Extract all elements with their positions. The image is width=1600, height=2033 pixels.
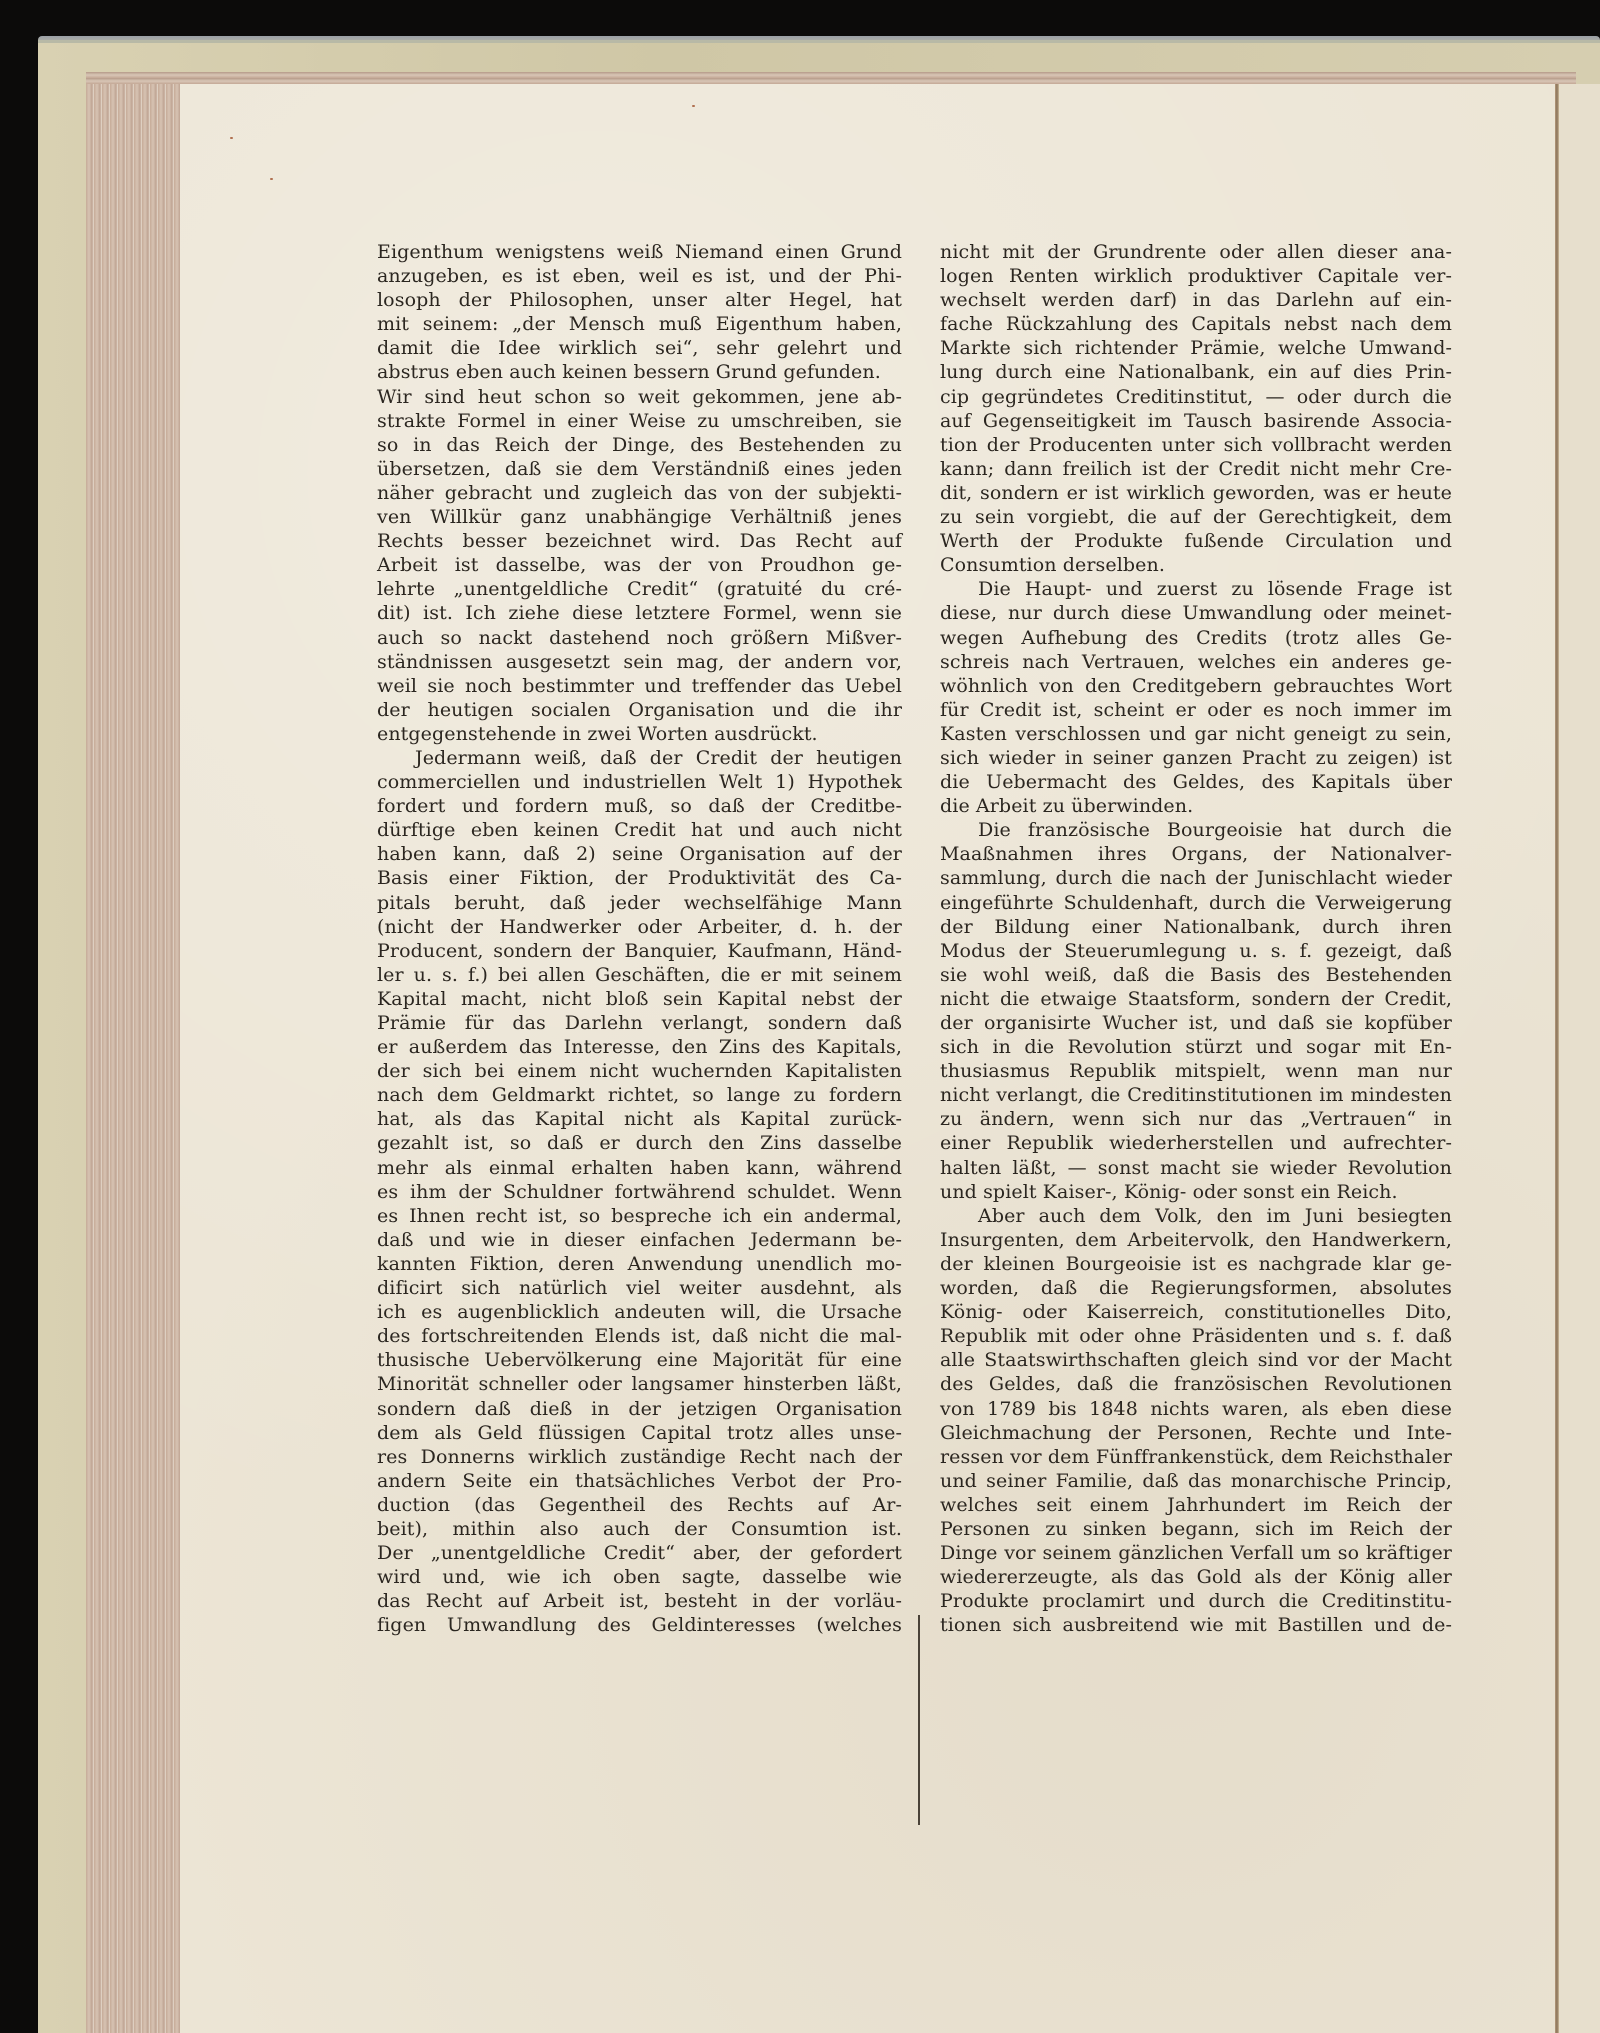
text-line: pitals beruht, daß jeder wechselfähige M… (377, 891, 902, 915)
text-line: Maaßnahmen ihres Organs, der Nationalver… (940, 842, 1452, 866)
text-line: das Recht auf Arbeit ist, besteht in der… (377, 1589, 902, 1613)
text-line: diese, nur durch diese Umwandlung oder m… (940, 601, 1452, 625)
text-line: fordert und fordern muß, so daß der Cred… (377, 794, 902, 818)
text-line: Basis einer Fiktion, der Produktivität d… (377, 866, 902, 890)
text-line: Kasten verschlossen und gar nicht geneig… (940, 722, 1452, 746)
text-line: Rechts besser bezeichnet wird. Das Recht… (377, 529, 902, 553)
text-line: nicht mit der Grundrente oder allen dies… (940, 240, 1452, 264)
text-line: ressen vor dem Fünffrankenstück, dem Rei… (940, 1445, 1452, 1469)
text-line: strakte Formel in einer Weise zu umschre… (377, 409, 902, 433)
text-line: Consumtion derselben. (940, 553, 1452, 577)
text-line: nicht die etwaige Staatsform, sondern de… (940, 987, 1452, 1011)
text-line: näher gebracht und zugleich das von der … (377, 481, 902, 505)
text-line: commerciellen und industriellen Welt 1) … (377, 770, 902, 794)
paper-speck (230, 137, 233, 139)
text-line: Arbeit ist dasselbe, was der von Proudho… (377, 553, 902, 577)
text-line: dürftige eben keinen Credit hat und auch… (377, 818, 902, 842)
text-line: ler u. s. f.) bei allen Geschäften, die … (377, 963, 902, 987)
text-line: wird und, wie ich oben sagte, dasselbe w… (377, 1565, 902, 1589)
text-line: Aber auch dem Volk, den im Juni besiegte… (940, 1204, 1452, 1228)
text-line: die Arbeit zu überwinden. (940, 794, 1452, 818)
text-line: fache Rückzahlung des Capitals nebst nac… (940, 312, 1452, 336)
text-line: des Geldes, daß die französischen Revolu… (940, 1372, 1452, 1396)
text-line: worden, daß die Regierungsformen, absolu… (940, 1276, 1452, 1300)
text-line: logen Renten wirklich produktiver Capita… (940, 264, 1452, 288)
text-line: Wir sind heut schon so weit gekommen, je… (377, 385, 902, 409)
text-line: andern Seite ein thatsächliches Verbot d… (377, 1469, 902, 1493)
text-line: cip gegründetes Creditinstitut, — oder d… (940, 385, 1452, 409)
text-line: kann; dann freilich ist der Credit nicht… (940, 457, 1452, 481)
text-line: wegen Aufhebung des Credits (trotz alles… (940, 626, 1452, 650)
column-divider-rule (918, 1615, 920, 1825)
text-line: duction (das Gegentheil des Rechts auf A… (377, 1493, 902, 1517)
paper-speck (270, 178, 273, 180)
text-line: haben kann, daß 2) seine Organisation au… (377, 842, 902, 866)
text-line: damit die Idee wirklich sei“, sehr geleh… (377, 336, 902, 360)
text-line: (nicht der Handwerker oder Arbeiter, d. … (377, 915, 902, 939)
text-line: die Uebermacht des Geldes, des Kapitals … (940, 770, 1452, 794)
text-line: nach dem Geldmarkt richtet, so lange zu … (377, 1083, 902, 1107)
text-line: Markte sich richtender Prämie, welche Um… (940, 336, 1452, 360)
text-column-right: nicht mit der Grundrente oder allen dies… (940, 240, 1452, 1637)
text-line: übersetzen, daß sie dem Verständniß eine… (377, 457, 902, 481)
text-line: nicht verlangt, die Creditinstitutionen … (940, 1083, 1452, 1107)
text-line: der organisirte Wucher ist, und daß sie … (940, 1011, 1452, 1035)
text-line: losoph der Philosophen, unser alter Hege… (377, 288, 902, 312)
text-line: sammlung, durch die nach der Junischlach… (940, 866, 1452, 890)
text-line: anzugeben, es ist eben, weil es ist, und… (377, 264, 902, 288)
text-line: so in das Reich der Dinge, des Bestehend… (377, 433, 902, 457)
text-line: gezahlt ist, so daß er durch den Zins da… (377, 1131, 902, 1155)
text-line: zu sein vorgiebt, die auf der Gerechtigk… (940, 505, 1452, 529)
text-line: der kleinen Bourgeoisie ist es nachgrade… (940, 1252, 1452, 1276)
text-line: sich in die Revolution stürzt und sogar … (940, 1035, 1452, 1059)
text-line: Die französische Bourgeoisie hat durch d… (940, 818, 1452, 842)
text-line: beit), mithin also auch der Consumtion i… (377, 1517, 902, 1541)
text-line: Kapital macht, nicht bloß sein Kapital n… (377, 987, 902, 1011)
text-line: tionen sich ausbreitend wie mit Bastille… (940, 1613, 1452, 1637)
text-line: welches seit einem Jahrhundert im Reich … (940, 1493, 1452, 1517)
text-line: abstrus eben auch keinen bessern Grund g… (377, 360, 902, 384)
text-line: auch so nackt dastehend noch größern Miß… (377, 626, 902, 650)
text-line: mehr als einmal erhalten haben kann, wäh… (377, 1156, 902, 1180)
text-line: schreis nach Vertrauen, welches ein ande… (940, 650, 1452, 674)
text-line: Werth der Produkte fußende Circulation u… (940, 529, 1452, 553)
text-line: er außerdem das Interesse, den Zins des … (377, 1035, 902, 1059)
text-line: lung durch eine Nationalbank, ein auf di… (940, 360, 1452, 384)
text-line: und spielt Kaiser-, König- oder sonst ei… (940, 1180, 1452, 1204)
text-line: thusische Uebervölkerung eine Majorität … (377, 1348, 902, 1372)
text-line: Jedermann weiß, daß der Credit der heuti… (377, 746, 902, 770)
text-line: einer Republik wiederherstellen und aufr… (940, 1131, 1452, 1155)
text-line: und seiner Familie, daß das monarchische… (940, 1469, 1452, 1493)
page-stack-top-edge (86, 72, 1576, 84)
text-line: Eigenthum wenigstens weiß Niemand einen … (377, 240, 902, 264)
text-line: halten läßt, — sonst macht sie wieder Re… (940, 1156, 1452, 1180)
text-line: kannten Fiktion, deren Anwendung unendli… (377, 1252, 902, 1276)
text-line: wiedererzeugte, als das Gold als der Kön… (940, 1565, 1452, 1589)
text-line: von 1789 bis 1848 nichts waren, als eben… (940, 1397, 1452, 1421)
text-line: hat, als das Kapital nicht als Kapital z… (377, 1107, 902, 1131)
text-line: lehrte „unentgeldliche Credit“ (gratuité… (377, 577, 902, 601)
text-line: König- oder Kaiserreich, constitutionell… (940, 1300, 1452, 1324)
text-line: figen Umwandlung des Geldinteresses (wel… (377, 1613, 902, 1637)
text-line: für Credit ist, scheint er oder es noch … (940, 698, 1452, 722)
text-line: zu ändern, wenn sich nur das „Vertrauen“… (940, 1107, 1452, 1131)
text-line: dificirt sich natürlich viel weiter ausd… (377, 1276, 902, 1300)
text-line: Dinge vor seinem gänzlichen Verfall um s… (940, 1541, 1452, 1565)
text-line: Modus der Steuerumlegung u. s. f. gezeig… (940, 939, 1452, 963)
text-line: auf Gegenseitigkeit im Tausch basirende … (940, 409, 1452, 433)
text-line: der Bildung einer Nationalbank, durch ih… (940, 915, 1452, 939)
text-line: es Ihnen recht ist, so bespreche ich ein… (377, 1204, 902, 1228)
text-line: ständnissen ausgesetzt sein mag, der and… (377, 650, 902, 674)
text-line: wechselt werden darf) in das Darlehn auf… (940, 288, 1452, 312)
text-line: sich wieder in seiner ganzen Pracht zu z… (940, 746, 1452, 770)
text-line: es ihm der Schuldner fortwährend schulde… (377, 1180, 902, 1204)
text-line: des fortschreitenden Elends ist, daß nic… (377, 1324, 902, 1348)
text-line: dit, sondern er ist wirklich geworden, w… (940, 481, 1452, 505)
text-line: Produkte proclamirt und durch die Credit… (940, 1589, 1452, 1613)
text-line: weil sie noch bestimmter und treffender … (377, 674, 902, 698)
text-line: Prämie für das Darlehn verlangt, sondern… (377, 1011, 902, 1035)
text-line: Producent, sondern der Banquier, Kaufman… (377, 939, 902, 963)
text-line: alle Staatswirthschaften gleich sind vor… (940, 1348, 1452, 1372)
facing-page-edge (1559, 84, 1600, 2033)
text-line: entgegenstehende in zwei Worten ausdrück… (377, 722, 902, 746)
text-line: tion der Producenten unter sich vollbrac… (940, 433, 1452, 457)
text-line: der heutigen socialen Organisation und d… (377, 698, 902, 722)
text-line: dem als Geld flüssigen Capital trotz all… (377, 1421, 902, 1445)
text-line: sie wohl weiß, daß die Basis des Bestehe… (940, 963, 1452, 987)
text-line: dit) ist. Ich ziehe diese letztere Forme… (377, 601, 902, 625)
text-line: thusiasmus Republik mitspielt, wenn man … (940, 1059, 1452, 1083)
paper-speck (692, 105, 695, 107)
text-line: der sich bei einem nicht wuchernden Kapi… (377, 1059, 902, 1083)
text-line: ich es augenblicklich andeuten will, die… (377, 1300, 902, 1324)
text-line: wöhnlich von den Creditgebern gebrauchte… (940, 674, 1452, 698)
text-line: Personen zu sinken begann, sich im Reich… (940, 1517, 1452, 1541)
text-line: eingeführte Schuldenhaft, durch die Verw… (940, 891, 1452, 915)
text-line: Gleichmachung der Personen, Rechte und I… (940, 1421, 1452, 1445)
text-line: sondern daß dieß in der jetzigen Organis… (377, 1397, 902, 1421)
text-line: mit seinem: „der Mensch muß Eigenthum ha… (377, 312, 902, 336)
text-line: Republik mit oder ohne Präsidenten und s… (940, 1324, 1452, 1348)
text-line: Minorität schneller oder langsamer hinst… (377, 1372, 902, 1396)
text-line: Insurgenten, dem Arbeitervolk, den Handw… (940, 1228, 1452, 1252)
text-line: Der „unentgeldliche Credit“ aber, der ge… (377, 1541, 902, 1565)
text-line: daß und wie in dieser einfachen Jederman… (377, 1228, 902, 1252)
text-line: ven Willkür ganz unabhängige Verhältniß … (377, 505, 902, 529)
text-line: Die Haupt- und zuerst zu lösende Frage i… (940, 577, 1452, 601)
text-line: res Donnerns wirklich zuständige Recht n… (377, 1445, 902, 1469)
text-column-left: Eigenthum wenigstens weiß Niemand einen … (377, 240, 902, 1637)
